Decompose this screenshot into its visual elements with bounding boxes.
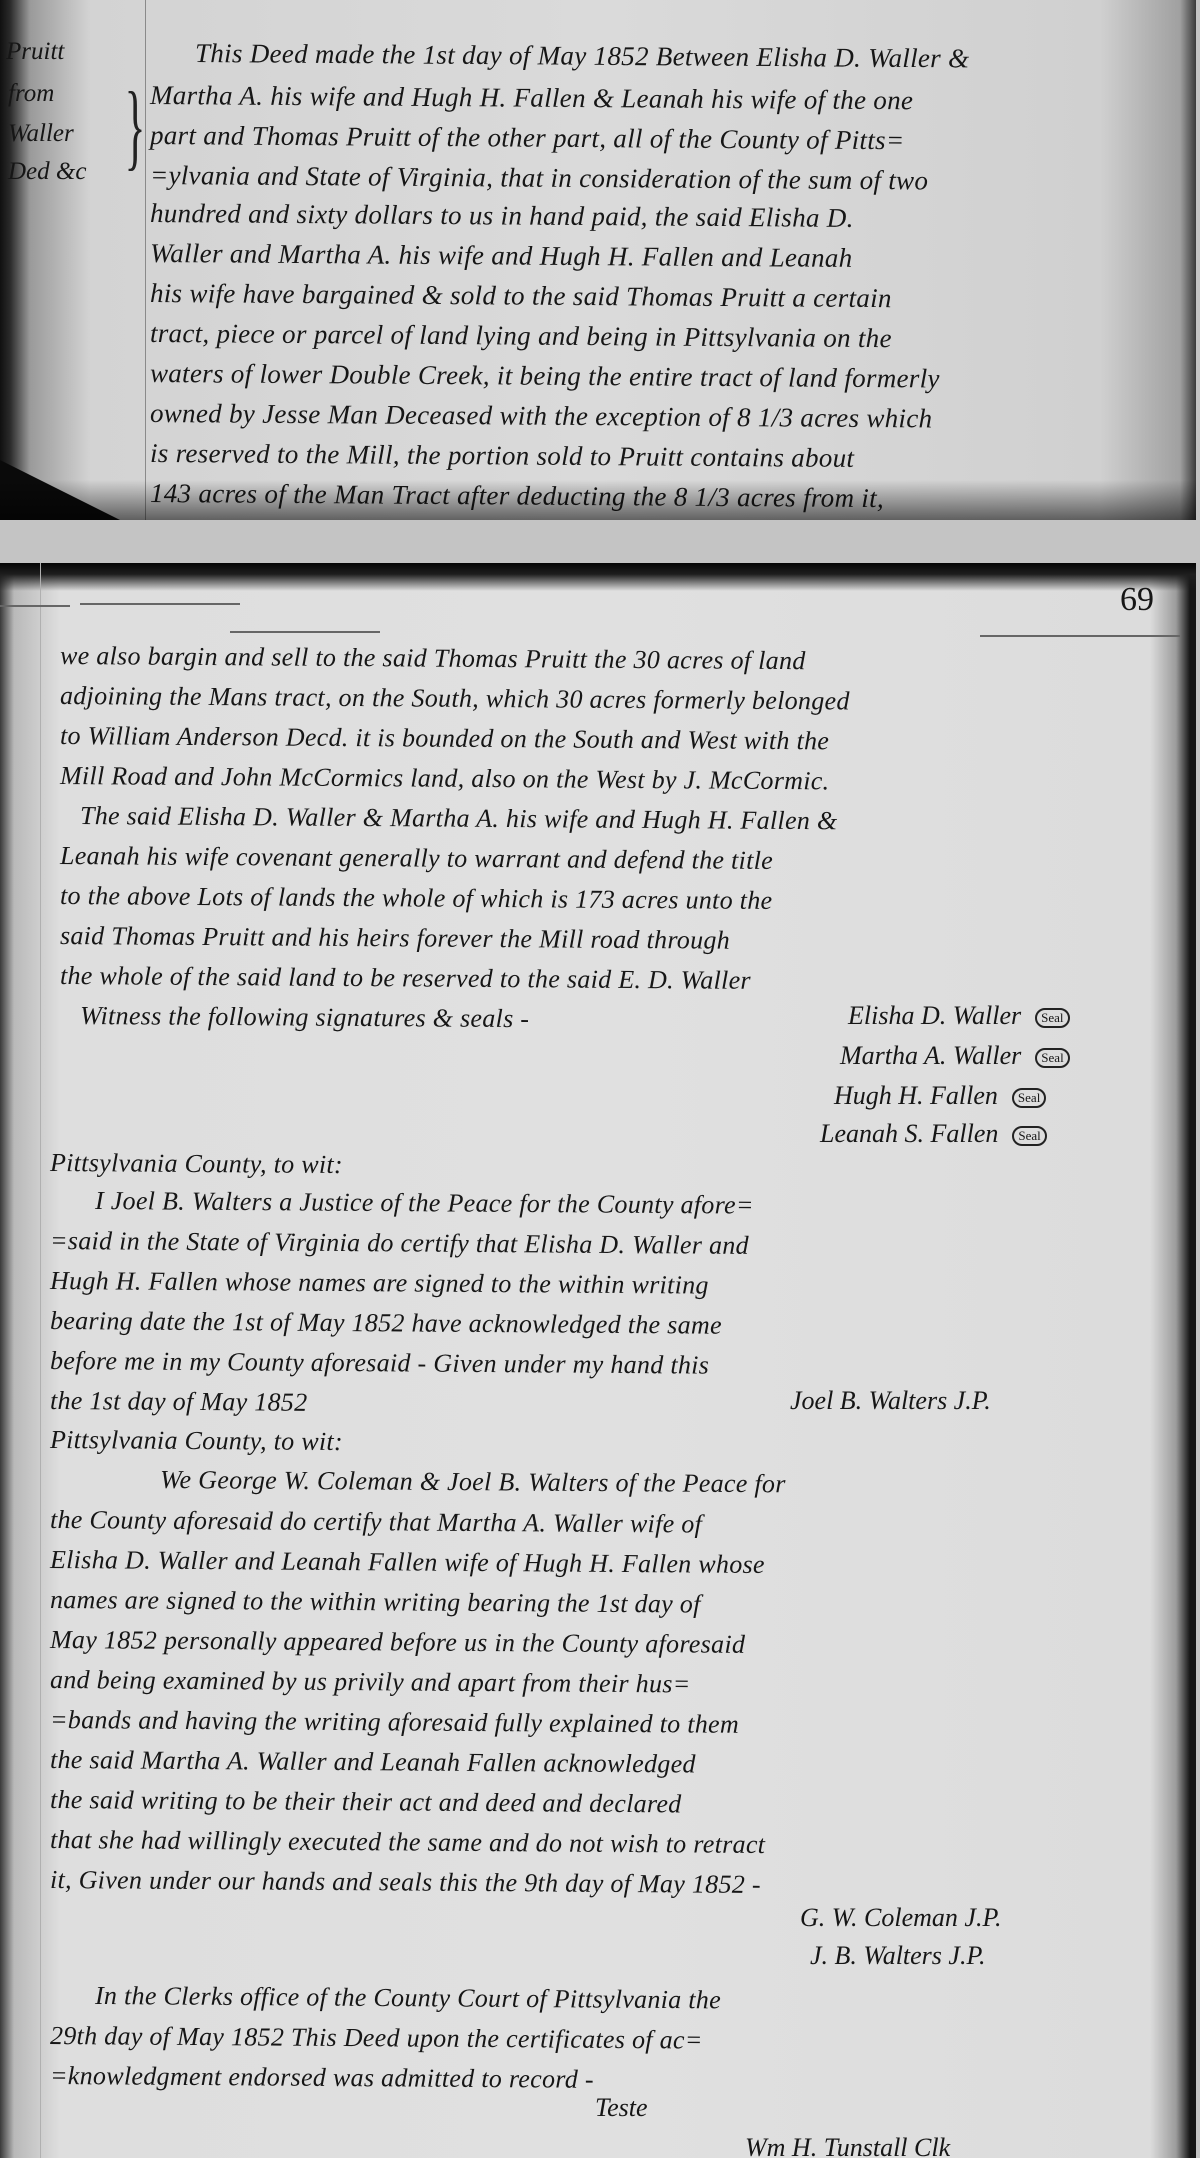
- deed-page-2-scan: 69 we also bargin and sell to the said T…: [0, 563, 1196, 2158]
- deed-text-line: his wife have bargained & sold to the sa…: [150, 278, 892, 314]
- ruled-line: [230, 631, 380, 633]
- certificate-text-line: =said in the State of Virginia do certif…: [50, 1226, 749, 1261]
- teste-label: Teste: [595, 2093, 648, 2123]
- certificate-heading: Pittsylvania County, to wit:: [50, 1148, 343, 1180]
- deed-text-line: adjoining the Mans tract, on the South, …: [60, 681, 850, 717]
- deed-text-line: 143 acres of the Man Tract after deducti…: [150, 478, 884, 514]
- deed-page-1-scan: Pruitt from Waller Ded &c } This Deed ma…: [0, 0, 1196, 520]
- certificate-text-line: it, Given under our hands and seals this…: [50, 1865, 761, 1900]
- ruled-line: [80, 603, 240, 605]
- certificate-text-line: the said writing to be their their act a…: [50, 1785, 682, 1819]
- signature-elisha-waller: Elisha D. WallerSeal: [848, 1001, 1070, 1031]
- deed-text-line: waters of lower Double Creek, it being t…: [150, 358, 940, 395]
- seal-mark: Seal: [1035, 1048, 1069, 1068]
- clerk-signature: Wm H. Tunstall Clk: [745, 2133, 950, 2158]
- deed-text-line: =ylvania and State of Virginia, that in …: [150, 160, 928, 196]
- witness-line: Witness the following signatures & seals…: [80, 1001, 530, 1034]
- deed-text-line: The said Elisha D. Waller & Martha A. hi…: [80, 801, 838, 836]
- deed-text-line: the whole of the said land to be reserve…: [60, 961, 751, 996]
- ruled-line: [0, 605, 70, 607]
- deed-text-line: hundred and sixty dollars to us in hand …: [150, 198, 854, 234]
- seal-mark: Seal: [1035, 1008, 1069, 1028]
- certificate-text-line: names are signed to the within writing b…: [50, 1585, 701, 1620]
- page-corner-shadow: [0, 460, 120, 520]
- certificate-text-line: the said Martha A. Waller and Leanah Fal…: [50, 1745, 696, 1780]
- certificate-text-line: =bands and having the writing aforesaid …: [50, 1705, 739, 1740]
- record-text-line: In the Clerks office of the County Court…: [95, 1981, 721, 2015]
- justice-signature: G. W. Coleman J.P.: [800, 1903, 1002, 1933]
- deed-text-line: to William Anderson Decd. it is bounded …: [60, 721, 829, 756]
- deed-text-line: This Deed made the 1st day of May 1852 B…: [195, 38, 970, 74]
- record-text-line: =knowledgment endorsed was admitted to r…: [50, 2061, 594, 2095]
- certificate-text-line: We George W. Coleman & Joel B. Walters o…: [160, 1465, 786, 1499]
- brace-mark: }: [125, 78, 146, 174]
- signature-martha-waller: Martha A. WallerSeal: [840, 1041, 1070, 1071]
- justice-signature: Joel B. Walters J.P.: [790, 1386, 991, 1416]
- deed-text-line: to the above Lots of lands the whole of …: [60, 881, 773, 916]
- ruled-line: [980, 635, 1180, 637]
- margin-note-line: from: [8, 80, 54, 108]
- seal-mark: Seal: [1012, 1088, 1046, 1108]
- certificate-text-line: May 1852 personally appeared before us i…: [50, 1625, 745, 1660]
- deed-text-line: owned by Jesse Man Deceased with the exc…: [150, 398, 933, 434]
- record-text-line: 29th day of May 1852 This Deed upon the …: [50, 2021, 703, 2056]
- certificate-text-line: before me in my County aforesaid - Given…: [50, 1346, 709, 1381]
- margin-note-line: Ded &c: [8, 158, 86, 186]
- deed-text-line: Martha A. his wife and Hugh H. Fallen & …: [150, 80, 913, 116]
- deed-text-line: we also bargin and sell to the said Thom…: [60, 641, 806, 676]
- deed-text-line: Mill Road and John McCormics land, also …: [60, 761, 830, 796]
- certificate-text-line: and being examined by us privily and apa…: [50, 1665, 691, 1699]
- deed-text-line: part and Thomas Pruitt of the other part…: [150, 120, 905, 156]
- certificate-text-line: Elisha D. Waller and Leanah Fallen wife …: [50, 1545, 765, 1580]
- deed-text-line: said Thomas Pruitt and his heirs forever…: [60, 921, 730, 956]
- certificate-text-line: I Joel B. Walters a Justice of the Peace…: [95, 1186, 754, 1221]
- page-number: 69: [1120, 581, 1154, 619]
- certificate-text-line: the 1st day of May 1852: [50, 1386, 308, 1418]
- deed-text-line: Waller and Martha A. his wife and Hugh H…: [150, 238, 853, 274]
- certificate-heading: Pittsylvania County, to wit:: [50, 1425, 343, 1457]
- margin-note-line: Waller: [8, 120, 74, 148]
- deed-text-line: is reserved to the Mill, the portion sol…: [150, 438, 854, 474]
- deed-text-line: tract, piece or parcel of land lying and…: [150, 318, 892, 354]
- certificate-text-line: that she had willingly executed the same…: [50, 1825, 765, 1860]
- deed-text-line: Leanah his wife covenant generally to wa…: [60, 841, 773, 876]
- signature-hugh-fallen: Hugh H. FallenSeal: [834, 1081, 1046, 1111]
- margin-note-line: Pruitt: [6, 38, 64, 66]
- seal-mark: Seal: [1012, 1126, 1046, 1146]
- margin-rule: [40, 563, 41, 2158]
- certificate-text-line: the County aforesaid do certify that Mar…: [50, 1505, 702, 1540]
- justice-signature: J. B. Walters J.P.: [810, 1941, 986, 1971]
- certificate-text-line: bearing date the 1st of May 1852 have ac…: [50, 1306, 722, 1341]
- certificate-text-line: Hugh H. Fallen whose names are signed to…: [50, 1266, 709, 1301]
- signature-leanah-fallen: Leanah S. FallenSeal: [820, 1119, 1047, 1149]
